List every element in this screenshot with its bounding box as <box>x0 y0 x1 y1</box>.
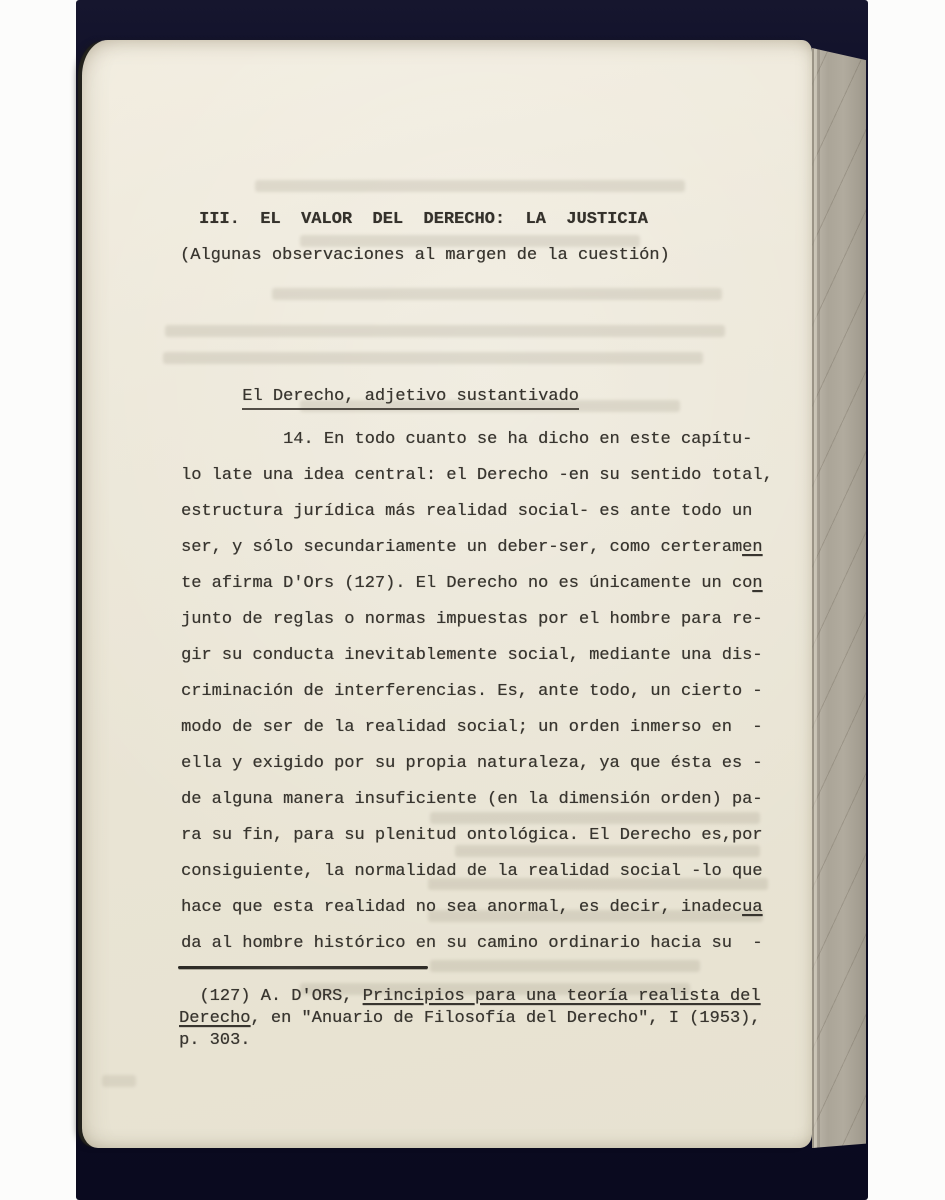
chapter-subtitle: (Algunas observaciones al margen de la c… <box>180 246 670 265</box>
text-line: 14. En todo cuanto se ha dicho en este c… <box>181 422 773 458</box>
bleedthrough-line <box>163 352 703 364</box>
body-paragraph: 14. En todo cuanto se ha dicho en este c… <box>181 422 773 962</box>
page-fore-edge-stack <box>812 48 866 1148</box>
section-heading: El Derecho, adjetivo sustantivado <box>242 387 579 410</box>
text-line: hace que esta realidad no sea anormal, e… <box>181 890 773 926</box>
text-line: te afirma D'Ors (127). El Derecho no es … <box>181 566 773 602</box>
bleedthrough-line <box>255 180 685 192</box>
text-line: lo late una idea central: el Derecho -en… <box>181 458 773 494</box>
text-line: ella y exigido por su propia naturaleza,… <box>181 746 773 782</box>
text-line: junto de reglas o normas impuestas por e… <box>181 602 773 638</box>
chapter-title: III. EL VALOR DEL DERECHO: LA JUSTICIA <box>199 210 648 229</box>
text-line: (127) A. D'ORS, Principios para una teor… <box>179 986 761 1008</box>
text-line: ra su fin, para su plenitud ontológica. … <box>181 818 773 854</box>
bleedthrough-smudge <box>102 1075 136 1087</box>
text-line: da al hombre histórico en su camino ordi… <box>181 926 773 962</box>
bleedthrough-line <box>165 325 725 337</box>
text-line: ser, y sólo secundariamente un deber-ser… <box>181 530 773 566</box>
text-line: consiguiente, la normalidad de la realid… <box>181 854 773 890</box>
text-line: Derecho, en "Anuario de Filosofía del De… <box>179 1008 761 1030</box>
footnote-separator <box>178 966 428 969</box>
footnote: (127) A. D'ORS, Principios para una teor… <box>179 986 761 1052</box>
text-line: de alguna manera insuficiente (en la dim… <box>181 782 773 818</box>
text-line: p. 303. <box>179 1030 761 1052</box>
bleedthrough-line <box>272 288 722 300</box>
text-line: gir su conducta inevitablemente social, … <box>181 638 773 674</box>
book-page: III. EL VALOR DEL DERECHO: LA JUSTICIA (… <box>82 40 812 1148</box>
scanned-book-photo: III. EL VALOR DEL DERECHO: LA JUSTICIA (… <box>0 0 945 1200</box>
text-line: modo de ser de la realidad social; un or… <box>181 710 773 746</box>
text-line: criminación de interferencias. Es, ante … <box>181 674 773 710</box>
section-heading-wrap: El Derecho, adjetivo sustantivado <box>181 368 579 425</box>
text-line: estructura jurídica más realidad social-… <box>181 494 773 530</box>
